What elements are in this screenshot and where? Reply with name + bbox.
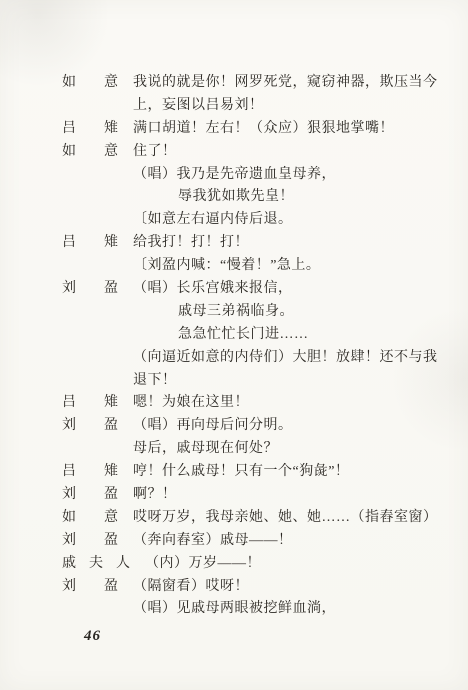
line-text: 啊？！ bbox=[133, 484, 177, 507]
speaker-name: 吕雉 bbox=[62, 232, 118, 255]
speaker-char: 夫 bbox=[89, 553, 103, 576]
script-line: （向逼近如意的内侍们）大胆！放肆！还不与我 bbox=[62, 347, 438, 370]
line-text: （内）万岁——！ bbox=[145, 553, 261, 576]
page-number: 46 bbox=[84, 628, 101, 645]
line-text: （唱）再向母后问分明。 bbox=[133, 415, 293, 438]
speaker-char: 吕 bbox=[62, 392, 76, 415]
speaker-name: 如意 bbox=[62, 507, 118, 530]
speaker-char: 吕 bbox=[62, 118, 76, 141]
speaker-name: 吕雉 bbox=[62, 118, 118, 141]
speaker-char: 雉 bbox=[104, 461, 118, 484]
speaker-char: 如 bbox=[62, 507, 76, 530]
line-text: 〔刘盈内喊：“慢着！”急上。 bbox=[133, 255, 320, 278]
script-line: 〔刘盈内喊：“慢着！”急上。 bbox=[62, 255, 438, 278]
line-text: （唱）长乐宫娥来报信， bbox=[133, 278, 293, 301]
speaker-name: 吕雉 bbox=[62, 461, 118, 484]
speaker-char: 刘 bbox=[62, 415, 76, 438]
script-line: 吕雉 嗯！为娘在这里！ bbox=[62, 392, 438, 415]
script-line: 上，妄图以吕易刘！ bbox=[62, 95, 438, 118]
line-text: （向逼近如意的内侍们）大胆！放肆！还不与我 bbox=[133, 347, 438, 370]
speaker-name: 刘盈 bbox=[62, 484, 118, 507]
speaker-char: 盈 bbox=[104, 278, 118, 301]
line-text: 哎呀万岁，我母亲她、她、她……（指舂室窗） bbox=[133, 507, 438, 530]
script-line: 刘盈 （隔窗看）哎呀！ bbox=[62, 576, 438, 599]
line-text: 上，妄图以吕易刘！ bbox=[133, 95, 264, 118]
script-line: 戚母三弟祸临身。 bbox=[62, 301, 438, 324]
speaker-char: 人 bbox=[116, 553, 130, 576]
speaker-char: 盈 bbox=[104, 415, 118, 438]
script-line: 戚夫人 （内）万岁——！ bbox=[62, 553, 438, 576]
speaker-char: 戚 bbox=[62, 553, 76, 576]
speaker-name: 刘盈 bbox=[62, 530, 118, 553]
script-line: 辱我犹如欺先皇！ bbox=[62, 186, 438, 209]
speaker-char: 盈 bbox=[104, 530, 118, 553]
line-text: （奔向舂室）戚母——！ bbox=[133, 530, 293, 553]
speaker-name: 吕雉 bbox=[62, 392, 118, 415]
line-text: 哼！什么戚母！只有一个“狗彘”！ bbox=[133, 461, 349, 484]
script-line: （唱）我乃是先帝遗血皇母养， bbox=[62, 164, 438, 187]
line-text: 我说的就是你！网罗死党，窥窃神器，欺压当今圣 bbox=[133, 72, 438, 95]
line-text: 辱我犹如欺先皇！ bbox=[178, 186, 294, 209]
script-line: （唱）见戚母两眼被挖鲜血淌， bbox=[62, 598, 438, 621]
script-line: 吕雉 哼！什么戚母！只有一个“狗彘”！ bbox=[62, 461, 438, 484]
line-text: 急急忙忙长门进…… bbox=[178, 324, 309, 347]
speaker-name: 刘盈 bbox=[62, 278, 118, 301]
speaker-char: 意 bbox=[104, 141, 118, 164]
speaker-char: 盈 bbox=[104, 576, 118, 599]
speaker-char: 如 bbox=[62, 72, 76, 95]
line-text: 母后，戚母现在何处？ bbox=[133, 438, 278, 461]
line-text: 给我打！打！打！ bbox=[133, 232, 249, 255]
script-text-block: 如意 我说的就是你！网罗死党，窥窃神器，欺压当今圣 上，妄图以吕易刘！ 吕雉 满… bbox=[62, 72, 438, 621]
line-text: 嗯！为娘在这里！ bbox=[133, 392, 249, 415]
script-line: 吕雉 给我打！打！打！ bbox=[62, 232, 438, 255]
speaker-char: 意 bbox=[104, 507, 118, 530]
line-text: 〔如意左右逼内侍后退。 bbox=[133, 209, 293, 232]
speaker-char: 刘 bbox=[62, 278, 76, 301]
line-text: 满口胡道！左右！（众应）狠狠地掌嘴！ bbox=[133, 118, 394, 141]
speaker-char: 刘 bbox=[62, 576, 76, 599]
script-line: 如意 住了！ bbox=[62, 141, 438, 164]
script-line: 刘盈 （奔向舂室）戚母——！ bbox=[62, 530, 438, 553]
script-line: 刘盈 （唱）长乐宫娥来报信， bbox=[62, 278, 438, 301]
speaker-name: 刘盈 bbox=[62, 415, 118, 438]
script-line: 如意 哎呀万岁，我母亲她、她、她……（指舂室窗） bbox=[62, 507, 438, 530]
speaker-name: 戚夫人 bbox=[62, 553, 130, 576]
speaker-name: 如意 bbox=[62, 72, 118, 95]
speaker-name: 刘盈 bbox=[62, 576, 118, 599]
book-page: 如意 我说的就是你！网罗死党，窥窃神器，欺压当今圣 上，妄图以吕易刘！ 吕雉 满… bbox=[0, 0, 468, 690]
script-line: 退下！ bbox=[62, 370, 438, 393]
script-line: 刘盈 啊？！ bbox=[62, 484, 438, 507]
line-text: （隔窗看）哎呀！ bbox=[133, 576, 249, 599]
speaker-char: 雉 bbox=[104, 392, 118, 415]
speaker-char: 如 bbox=[62, 141, 76, 164]
speaker-char: 意 bbox=[104, 72, 118, 95]
line-text: 退下！ bbox=[133, 370, 177, 393]
speaker-char: 吕 bbox=[62, 232, 76, 255]
script-line: 如意 我说的就是你！网罗死党，窥窃神器，欺压当今圣 bbox=[62, 72, 438, 95]
line-text: 戚母三弟祸临身。 bbox=[178, 301, 294, 324]
speaker-char: 雉 bbox=[104, 118, 118, 141]
script-line: 母后，戚母现在何处？ bbox=[62, 438, 438, 461]
script-line: 刘盈 （唱）再向母后问分明。 bbox=[62, 415, 438, 438]
speaker-char: 吕 bbox=[62, 461, 76, 484]
script-line: 急急忙忙长门进…… bbox=[62, 324, 438, 347]
line-text: （唱）我乃是先帝遗血皇母养， bbox=[133, 164, 336, 187]
line-text: 住了！ bbox=[133, 141, 177, 164]
speaker-name: 如意 bbox=[62, 141, 118, 164]
speaker-char: 雉 bbox=[104, 232, 118, 255]
speaker-char: 刘 bbox=[62, 484, 76, 507]
script-line: 〔如意左右逼内侍后退。 bbox=[62, 209, 438, 232]
speaker-char: 刘 bbox=[62, 530, 76, 553]
speaker-char: 盈 bbox=[104, 484, 118, 507]
script-line: 吕雉 满口胡道！左右！（众应）狠狠地掌嘴！ bbox=[62, 118, 438, 141]
line-text: （唱）见戚母两眼被挖鲜血淌， bbox=[133, 598, 336, 621]
